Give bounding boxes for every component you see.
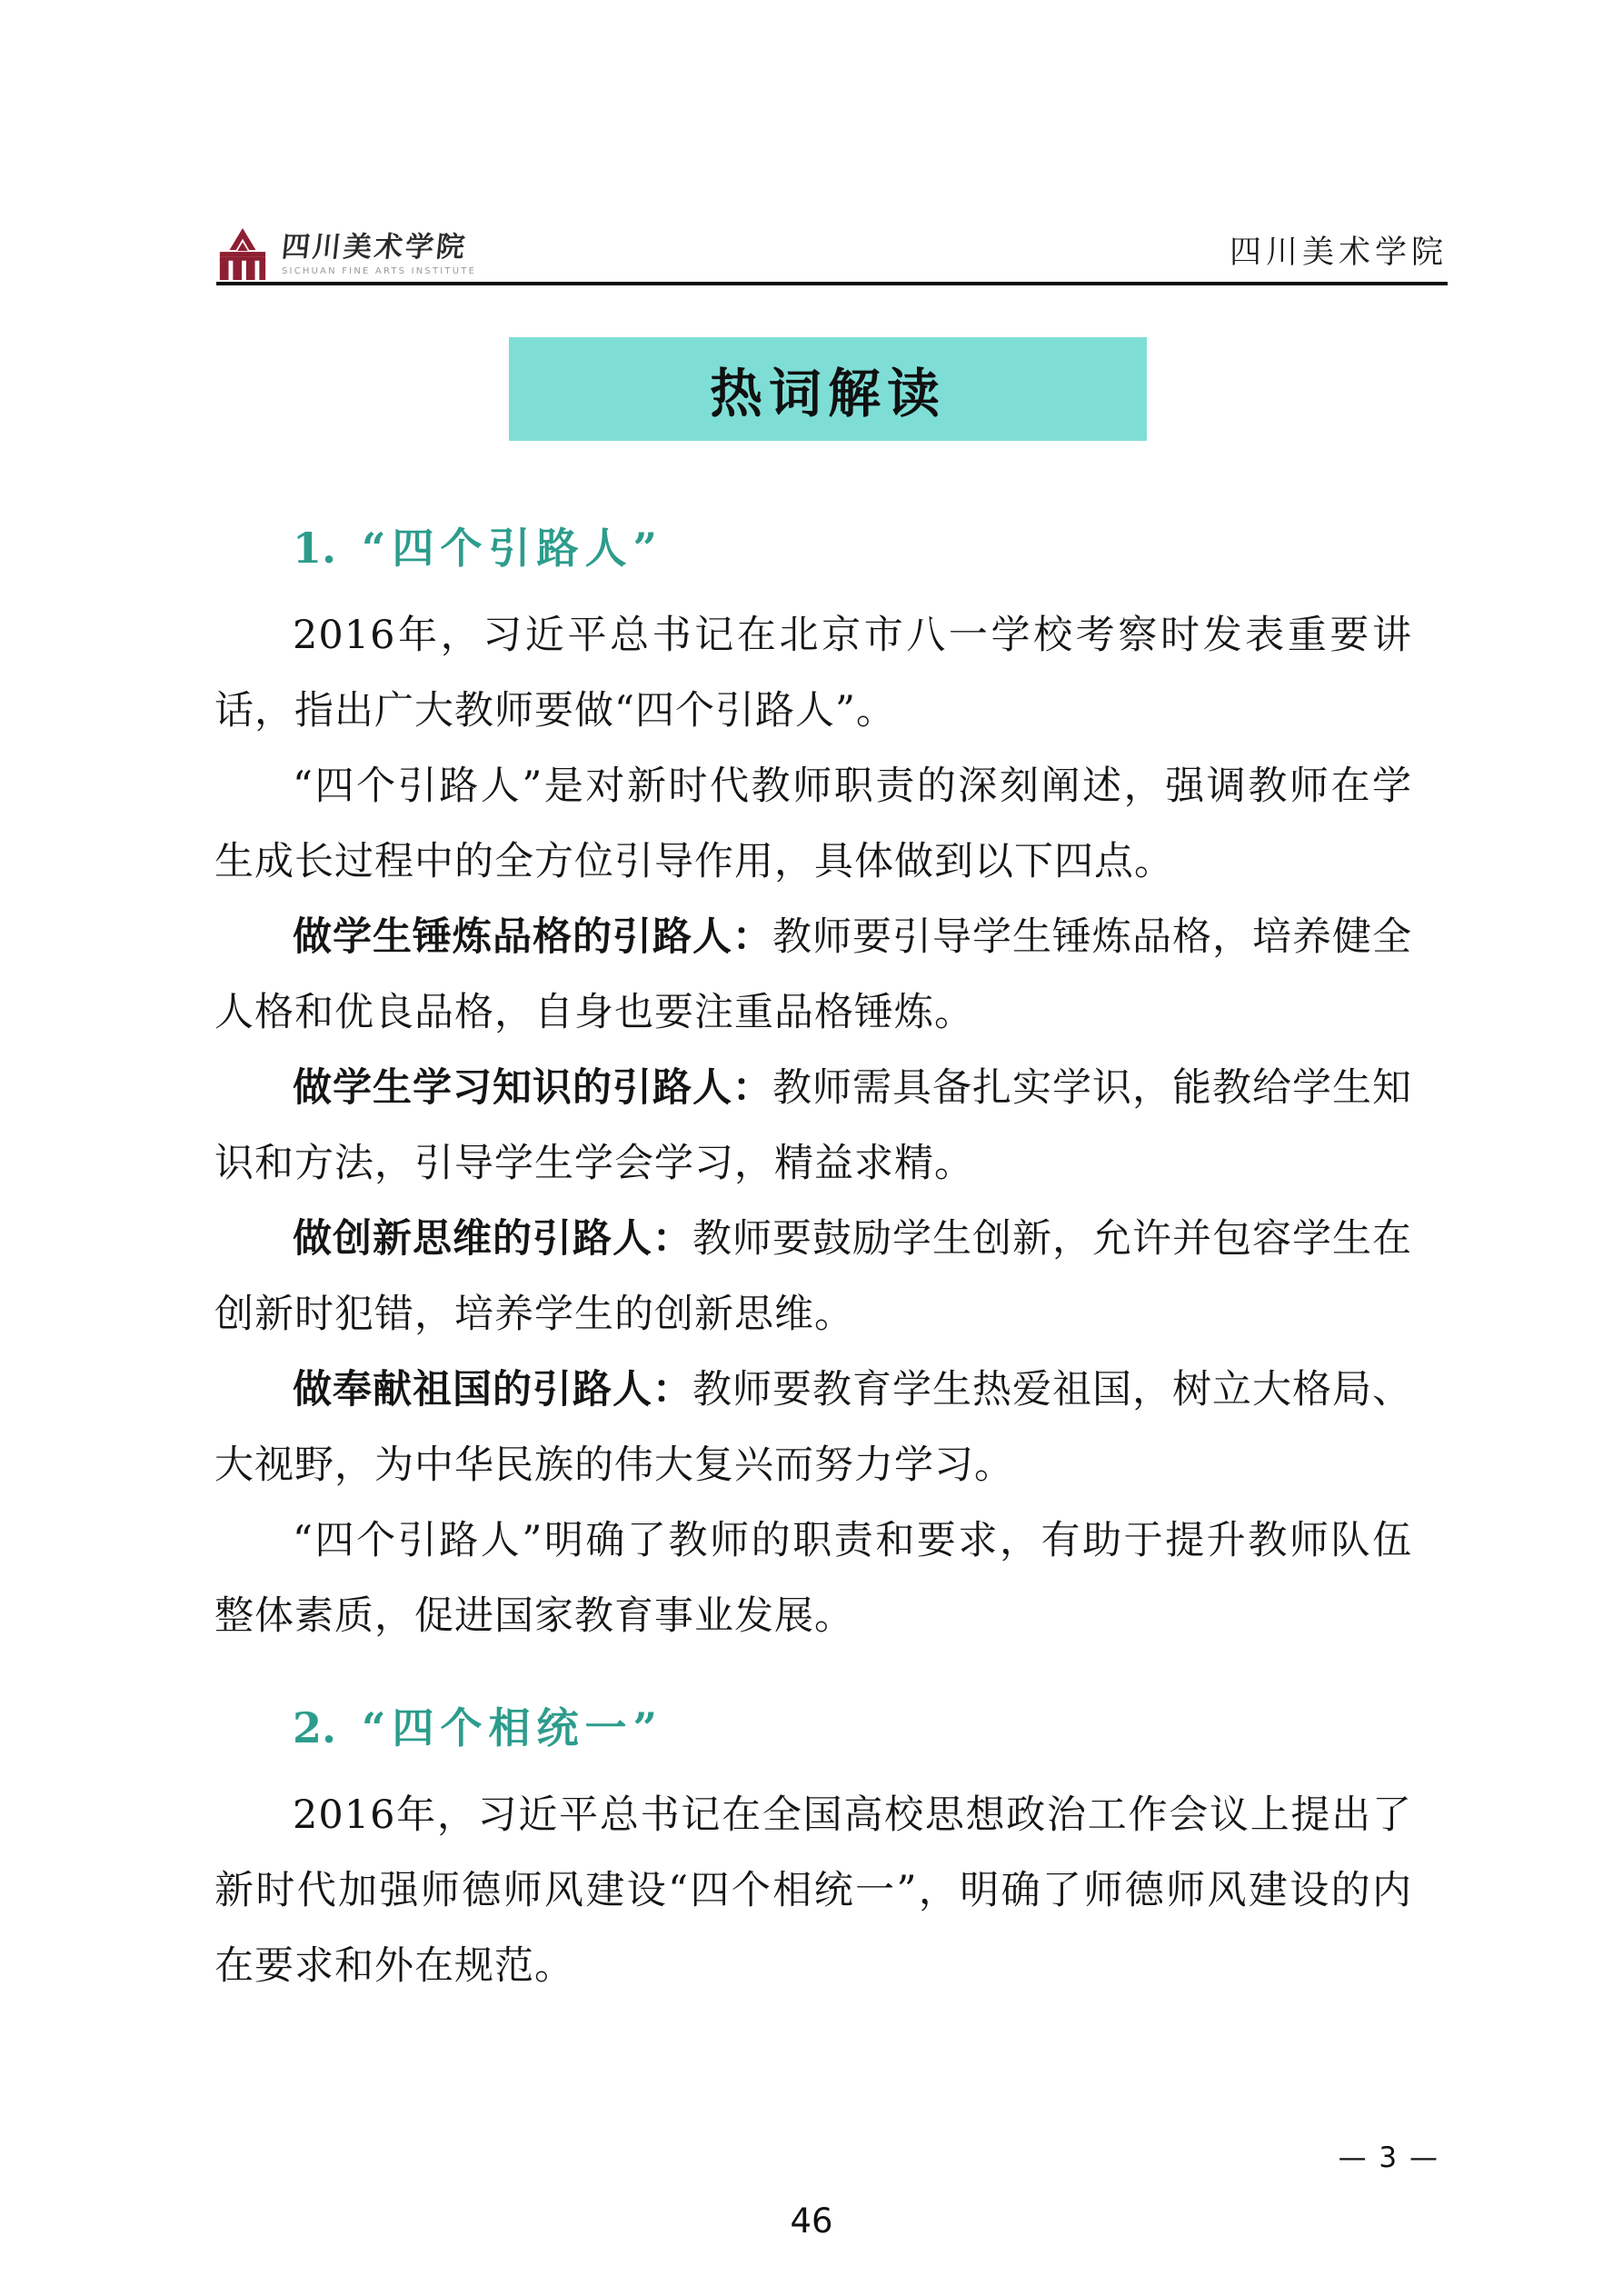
page-marker: — 3 — [1339,2141,1439,2174]
banner-title: 热词解读 [710,351,946,427]
document-page: 四川美术学院 SICHUAN FINE ARTS INSTITUTE 四川美术学… [0,0,1623,2296]
section-2-title: “四个相统一” [362,1703,663,1752]
paragraph-lead: 做学生锤炼品格的引路人： [293,914,772,960]
section-2-number: 2. [293,1703,336,1752]
paragraph: 做学生锤炼品格的引路人：教师要引导学生锤炼品格，培养健全人格和优良品格，自身也要… [214,900,1412,1051]
section-1-number: 1. [293,524,336,573]
paragraph: “四个引路人”是对新时代教师职责的深刻阐述，强调教师在学生成长过程中的全方位引导… [214,749,1412,900]
paragraph-text: “四个引路人”是对新时代教师职责的深刻阐述，强调教师在学生成长过程中的全方位引导… [214,764,1412,884]
section-banner: 热词解读 [509,337,1147,441]
document-body: 1.“四个引路人” 2016年，习近平总书记在北京市八一学校考察时发表重要讲话，… [214,520,1412,2004]
page-header: 四川美术学院 SICHUAN FINE ARTS INSTITUTE 四川美术学… [216,227,1448,285]
paragraph-lead: 做学生学习知识的引路人： [293,1065,772,1111]
header-school-name: 四川美术学院 [1230,235,1448,271]
logo-name-cn: 四川美术学院 [280,232,478,263]
paragraph-text: “四个引路人”明确了教师的职责和要求，有助于提升教师队伍整体素质，促进国家教育事… [214,1518,1412,1639]
paragraph: “四个引路人”明确了教师的职责和要求，有助于提升教师队伍整体素质，促进国家教育事… [214,1503,1412,1654]
paragraph: 做学生学习知识的引路人：教师需具备扎实学识，能教给学生知识和方法，引导学生学会学… [214,1051,1412,1202]
section-1-title: “四个引路人” [362,524,663,573]
school-gate-icon [216,227,269,280]
logo-name-en: SICHUAN FINE ARTS INSTITUTE [282,266,476,276]
paragraph-text: 2016年，习近平总书记在全国高校思想政治工作会议上提出了新时代加强师德师风建设… [214,1792,1412,1989]
page-number: 46 [0,2201,1623,2241]
section-1-heading: 1.“四个引路人” [214,520,1412,576]
paragraph-lead: 做奉献祖国的引路人： [293,1367,692,1413]
paragraph: 2016年，习近平总书记在全国高校思想政治工作会议上提出了新时代加强师德师风建设… [214,1778,1412,2004]
paragraph: 2016年，习近平总书记在北京市八一学校考察时发表重要讲话，指出广大教师要做“四… [214,598,1412,749]
paragraph-text: 2016年，习近平总书记在北京市八一学校考察时发表重要讲话，指出广大教师要做“四… [214,613,1412,734]
logo-text: 四川美术学院 SICHUAN FINE ARTS INSTITUTE [282,232,476,276]
paragraph-lead: 做创新思维的引路人： [293,1216,692,1262]
section-2-heading: 2.“四个相统一” [214,1700,1412,1756]
paragraph: 做奉献祖国的引路人：教师要教育学生热爱祖国，树立大格局、大视野，为中华民族的伟大… [214,1353,1412,1503]
paragraph: 做创新思维的引路人：教师要鼓励学生创新，允许并包容学生在创新时犯错，培养学生的创… [214,1202,1412,1353]
school-logo: 四川美术学院 SICHUAN FINE ARTS INSTITUTE [216,227,476,280]
